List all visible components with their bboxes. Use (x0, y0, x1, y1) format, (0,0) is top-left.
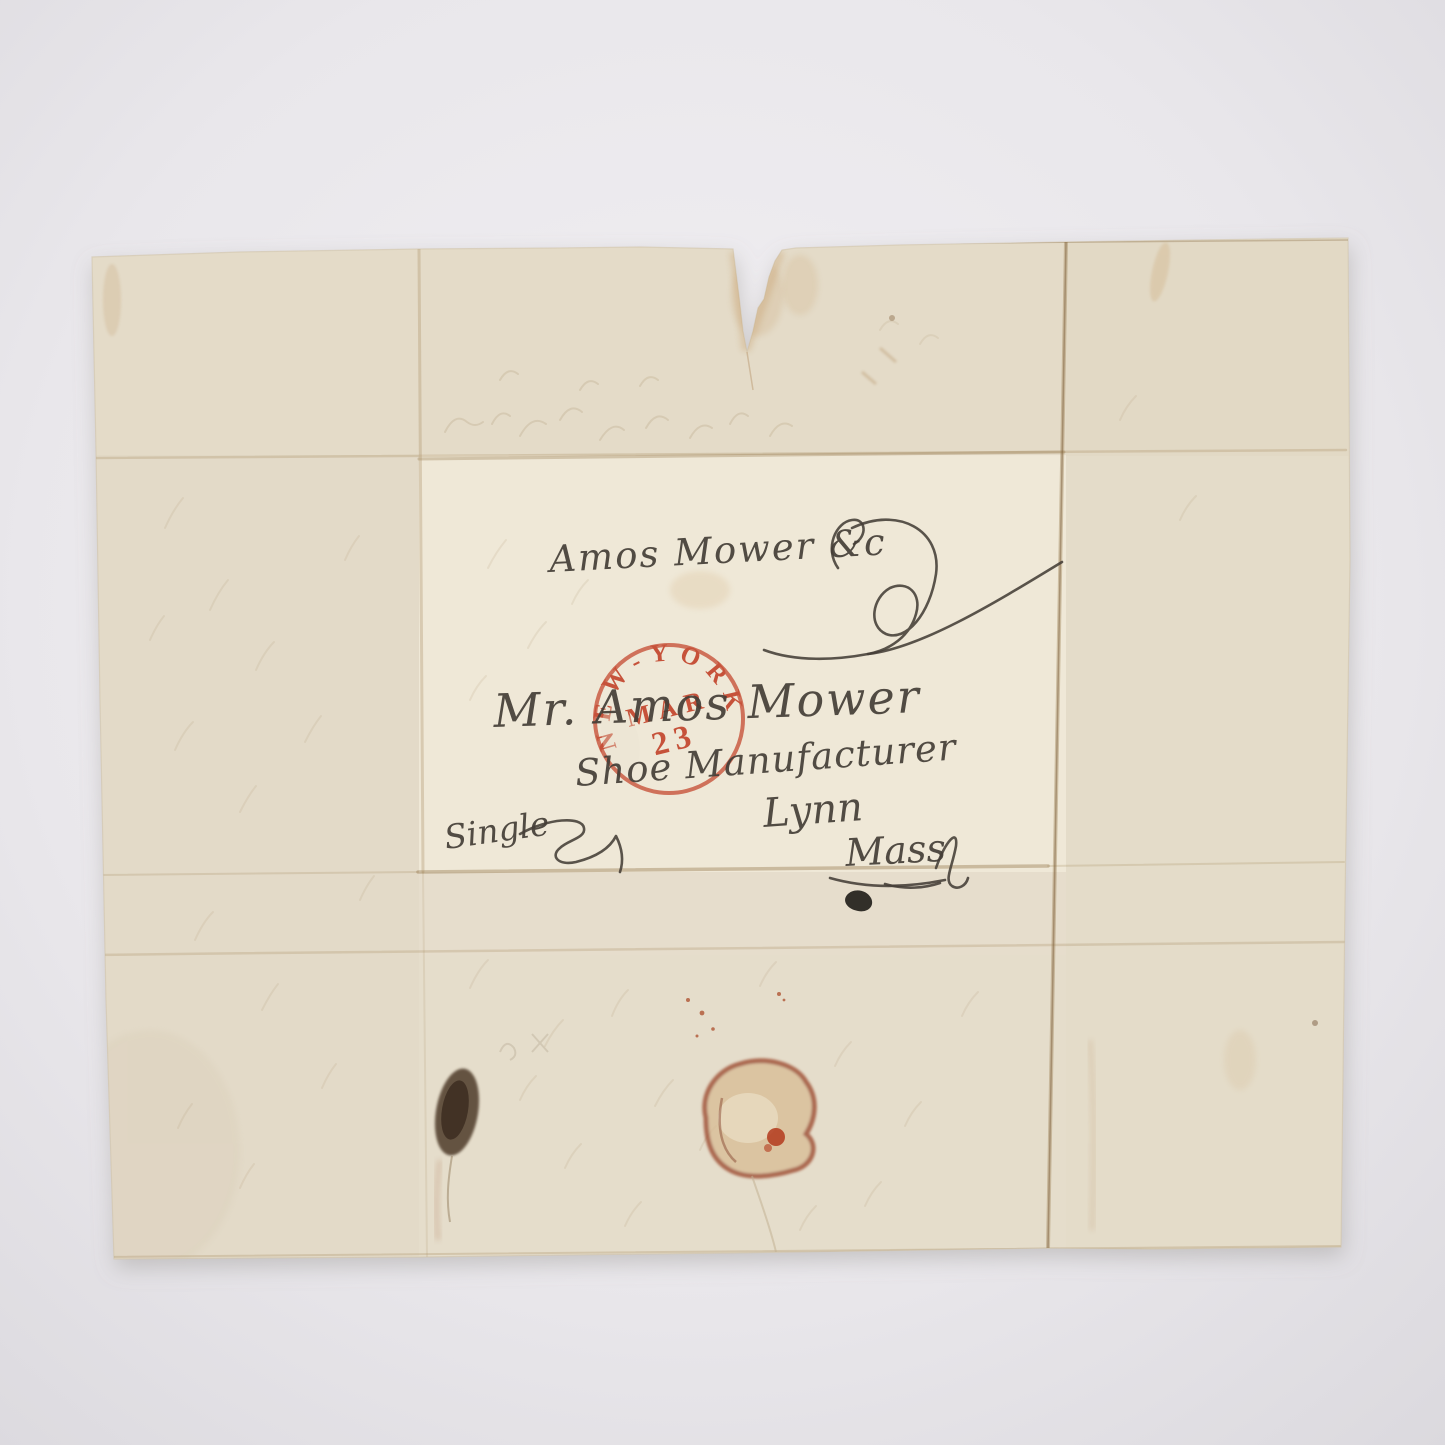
address-state-line: Mass (843, 826, 947, 875)
address-town-line: Lynn (760, 784, 864, 837)
wax-spot (767, 1128, 785, 1146)
photo-of-letter: NEW-YORK MAR 23 Amos Mower &c Mr. Amos M… (0, 0, 1445, 1445)
center-stain (670, 571, 730, 609)
letter-scene: NEW-YORK MAR 23 Amos Mower &c Mr. Amos M… (0, 0, 1445, 1445)
